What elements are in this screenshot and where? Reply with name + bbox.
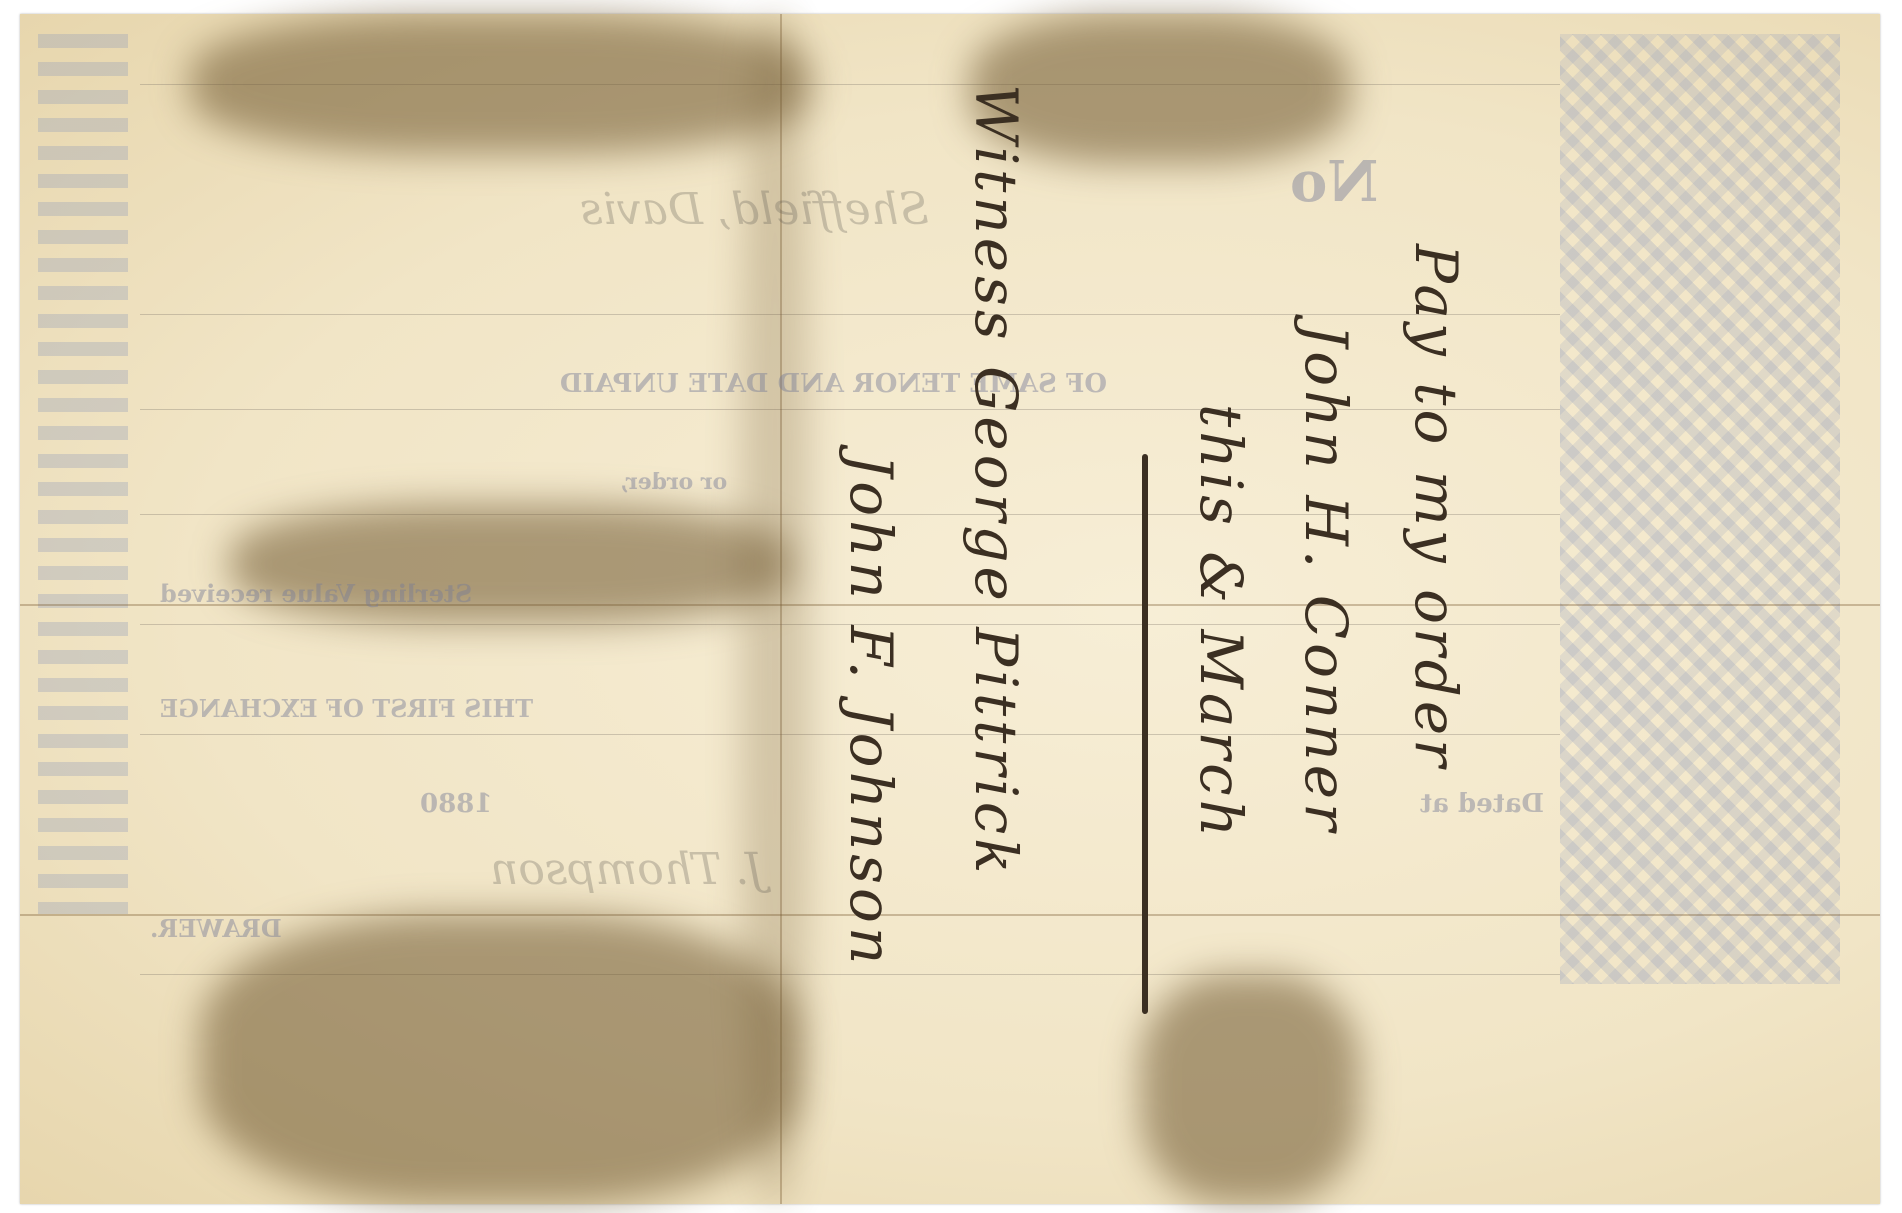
endorsement-line-4: Witness George Pittrick — [962, 84, 1030, 877]
endorsement-line-5: John F. Johnson — [837, 454, 905, 968]
fold-line-horizontal — [20, 914, 1880, 916]
bleedthrough-signature: Sheffield, Davis — [580, 184, 929, 235]
decorative-border-left — [38, 34, 128, 914]
water-stain — [1140, 974, 1360, 1204]
decorative-border-right — [1560, 34, 1840, 984]
document-paper: No OF SAME TENOR AND DATE UNPAID or orde… — [20, 14, 1880, 1204]
printed-year: 1880 — [420, 789, 492, 819]
endorsement-line-2: John H. Conner — [1292, 324, 1360, 835]
endorsement-line-1: Pay to my order — [1402, 244, 1470, 771]
printed-number-label: No — [1290, 149, 1379, 215]
water-stain — [190, 14, 810, 154]
bleedthrough-signature: J. Thompson — [490, 844, 764, 895]
water-stain — [200, 914, 800, 1204]
printed-footer: DRAWER. — [150, 914, 282, 943]
ink-stroke — [1142, 454, 1148, 1014]
printed-line: THIS FIRST OF EXCHANGE — [160, 694, 533, 723]
endorsement-line-3: this & March — [1187, 404, 1255, 841]
printed-dated-label: Dated at — [1420, 789, 1544, 819]
printed-line: or order, — [620, 469, 727, 495]
printed-line: Sterling Value received — [160, 579, 472, 608]
rule-line — [140, 314, 1560, 315]
